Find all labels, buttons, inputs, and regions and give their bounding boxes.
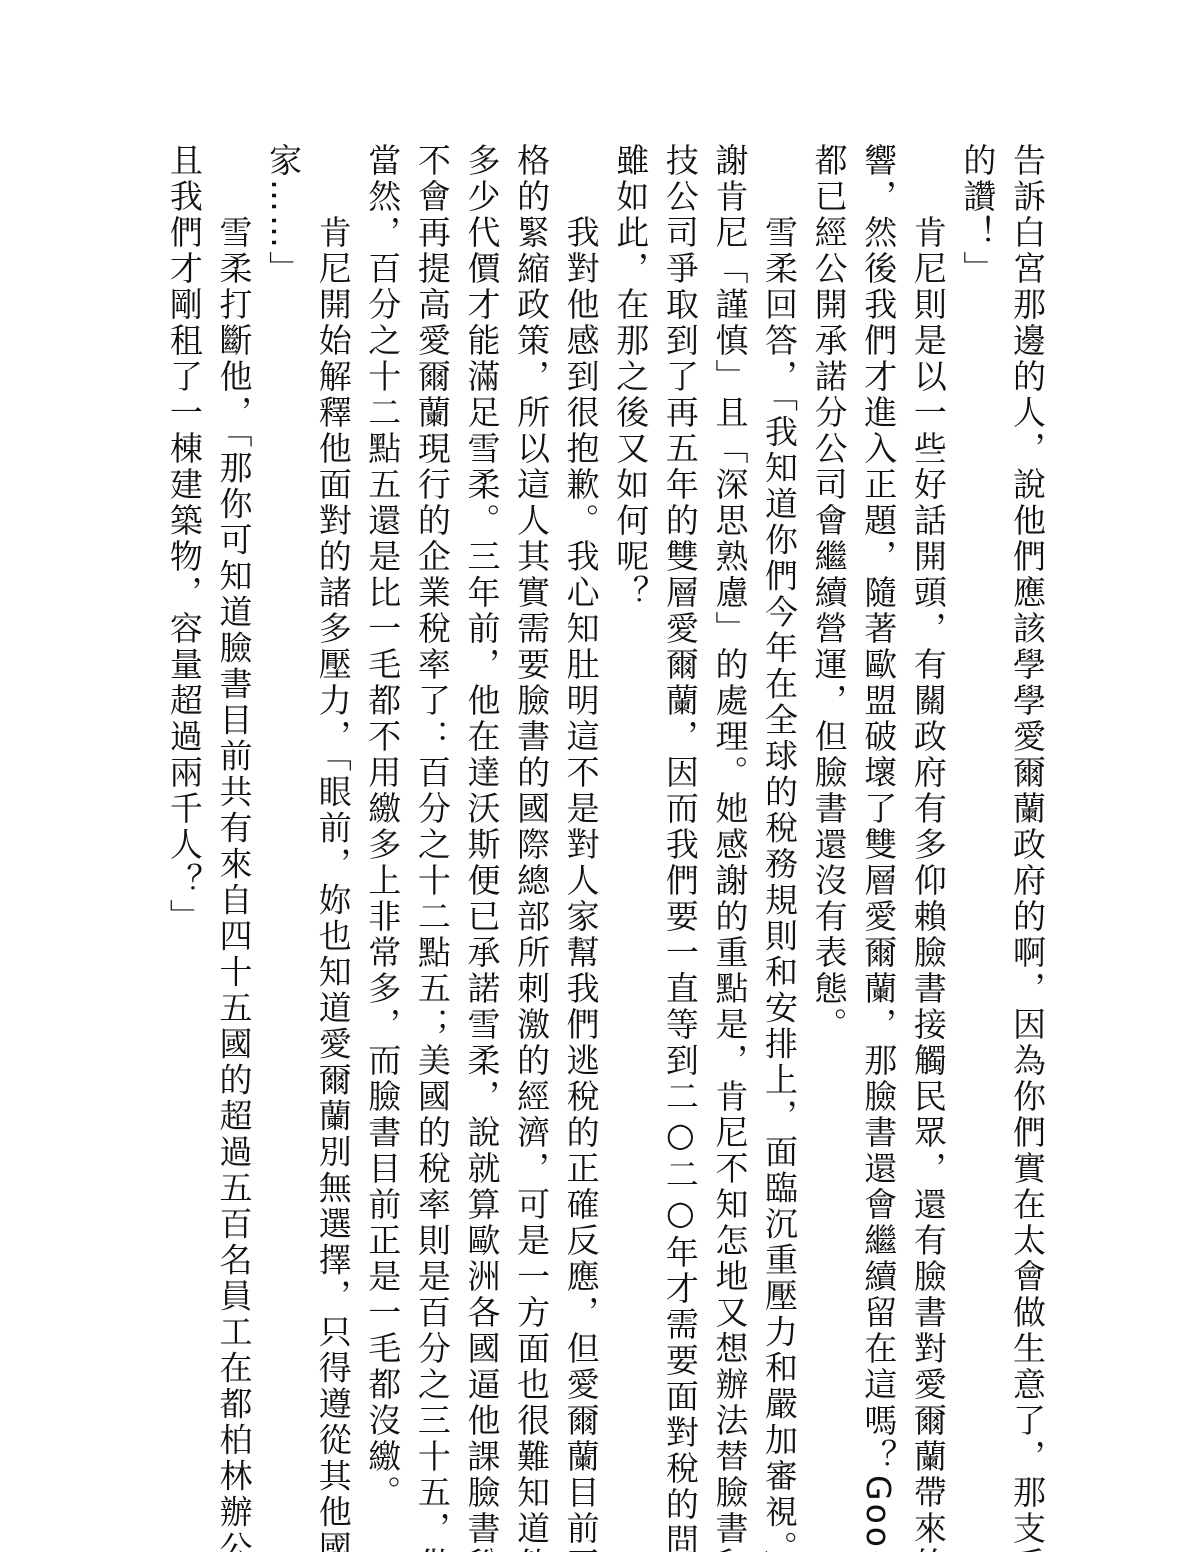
text-line: 告訴白宮那邊的人，說他們應該學學愛爾蘭政府的啊，因為你們實在太會做生意了，那支手… <box>1002 143 1052 1433</box>
vertical-text-body: 告訴白宮那邊的人，說他們應該學學愛爾蘭政府的啊，因為你們實在太會做生意了，那支手… <box>159 143 1052 1433</box>
text-line: 謝肯尼「謹慎」且「深思熟慮」的處理。她感謝的重點是，肯尼不知怎地又想辦法替臉書和… <box>705 143 755 1433</box>
text-line: 雪柔回答，「我知道你們今年在全球的稅務規則和安排上，面臨沉重壓力和嚴加審視。」並… <box>754 143 804 1433</box>
text-line: 且我們才剛租了一棟建築物，容量超過兩千人？」 <box>159 143 209 1433</box>
text-line: 不會再提高愛爾蘭現行的企業稅率了：百分之十二點五；美國的稅率則是百分之三十五，供… <box>407 143 457 1433</box>
text-line: 我對他感到很抱歉。我心知肚明這不是對人家幫我們逃稅的正確反應，但愛爾蘭目前正實施… <box>556 143 606 1433</box>
text-line: 多少代價才能滿足雪柔。三年前，他在達沃斯便已承諾雪柔，說就算歐洲各國逼他課臉書稅… <box>457 143 507 1433</box>
document-page: 告訴白宮那邊的人，說他們應該學學愛爾蘭政府的啊，因為你們實在太會做生意了，那支手… <box>0 0 1200 1552</box>
text-line: 的讚！」 <box>953 143 1003 1433</box>
text-line: 雪柔打斷他，「那你可知道臉書目前共有來自四十五國的超過五百名員工在都柏林辦公嗎，… <box>209 143 259 1433</box>
text-line: 雖如此，在那之後又如何呢？ <box>606 143 656 1433</box>
text-line: 響，然後我們才進入正題，隨著歐盟破壞了雙層愛爾蘭，那臉書還會繼續留在這嗎？Goo… <box>854 143 904 1433</box>
text-line: 肯尼則是以一些好話開頭，有關政府有多仰賴臉書接觸民眾，還有臉書對愛爾蘭帶來的正面… <box>903 143 953 1433</box>
text-line: 當然，百分之十二點五還是比一毛都不用繳多上非常多，而臉書目前正是一毛都沒繳。 <box>358 143 408 1433</box>
text-line: 家……」 <box>259 143 309 1433</box>
text-line: 都已經公開承諾分公司會繼續營運，但臉書還沒有表態。 <box>804 143 854 1433</box>
text-line: 格的緊縮政策，所以這人其實需要臉書的國際總部所刺激的經濟，可是一方面也很難知道他… <box>506 143 556 1433</box>
text-line: 肯尼開始解釋他面對的諸多壓力，「眼前，妳也知道愛爾蘭別無選擇，只得遵從其他國 <box>308 143 358 1433</box>
text-line: 技公司爭取到了再五年的雙層愛爾蘭，因而我們要一直等到二○二○年才需要面對稅的問題… <box>655 143 705 1433</box>
